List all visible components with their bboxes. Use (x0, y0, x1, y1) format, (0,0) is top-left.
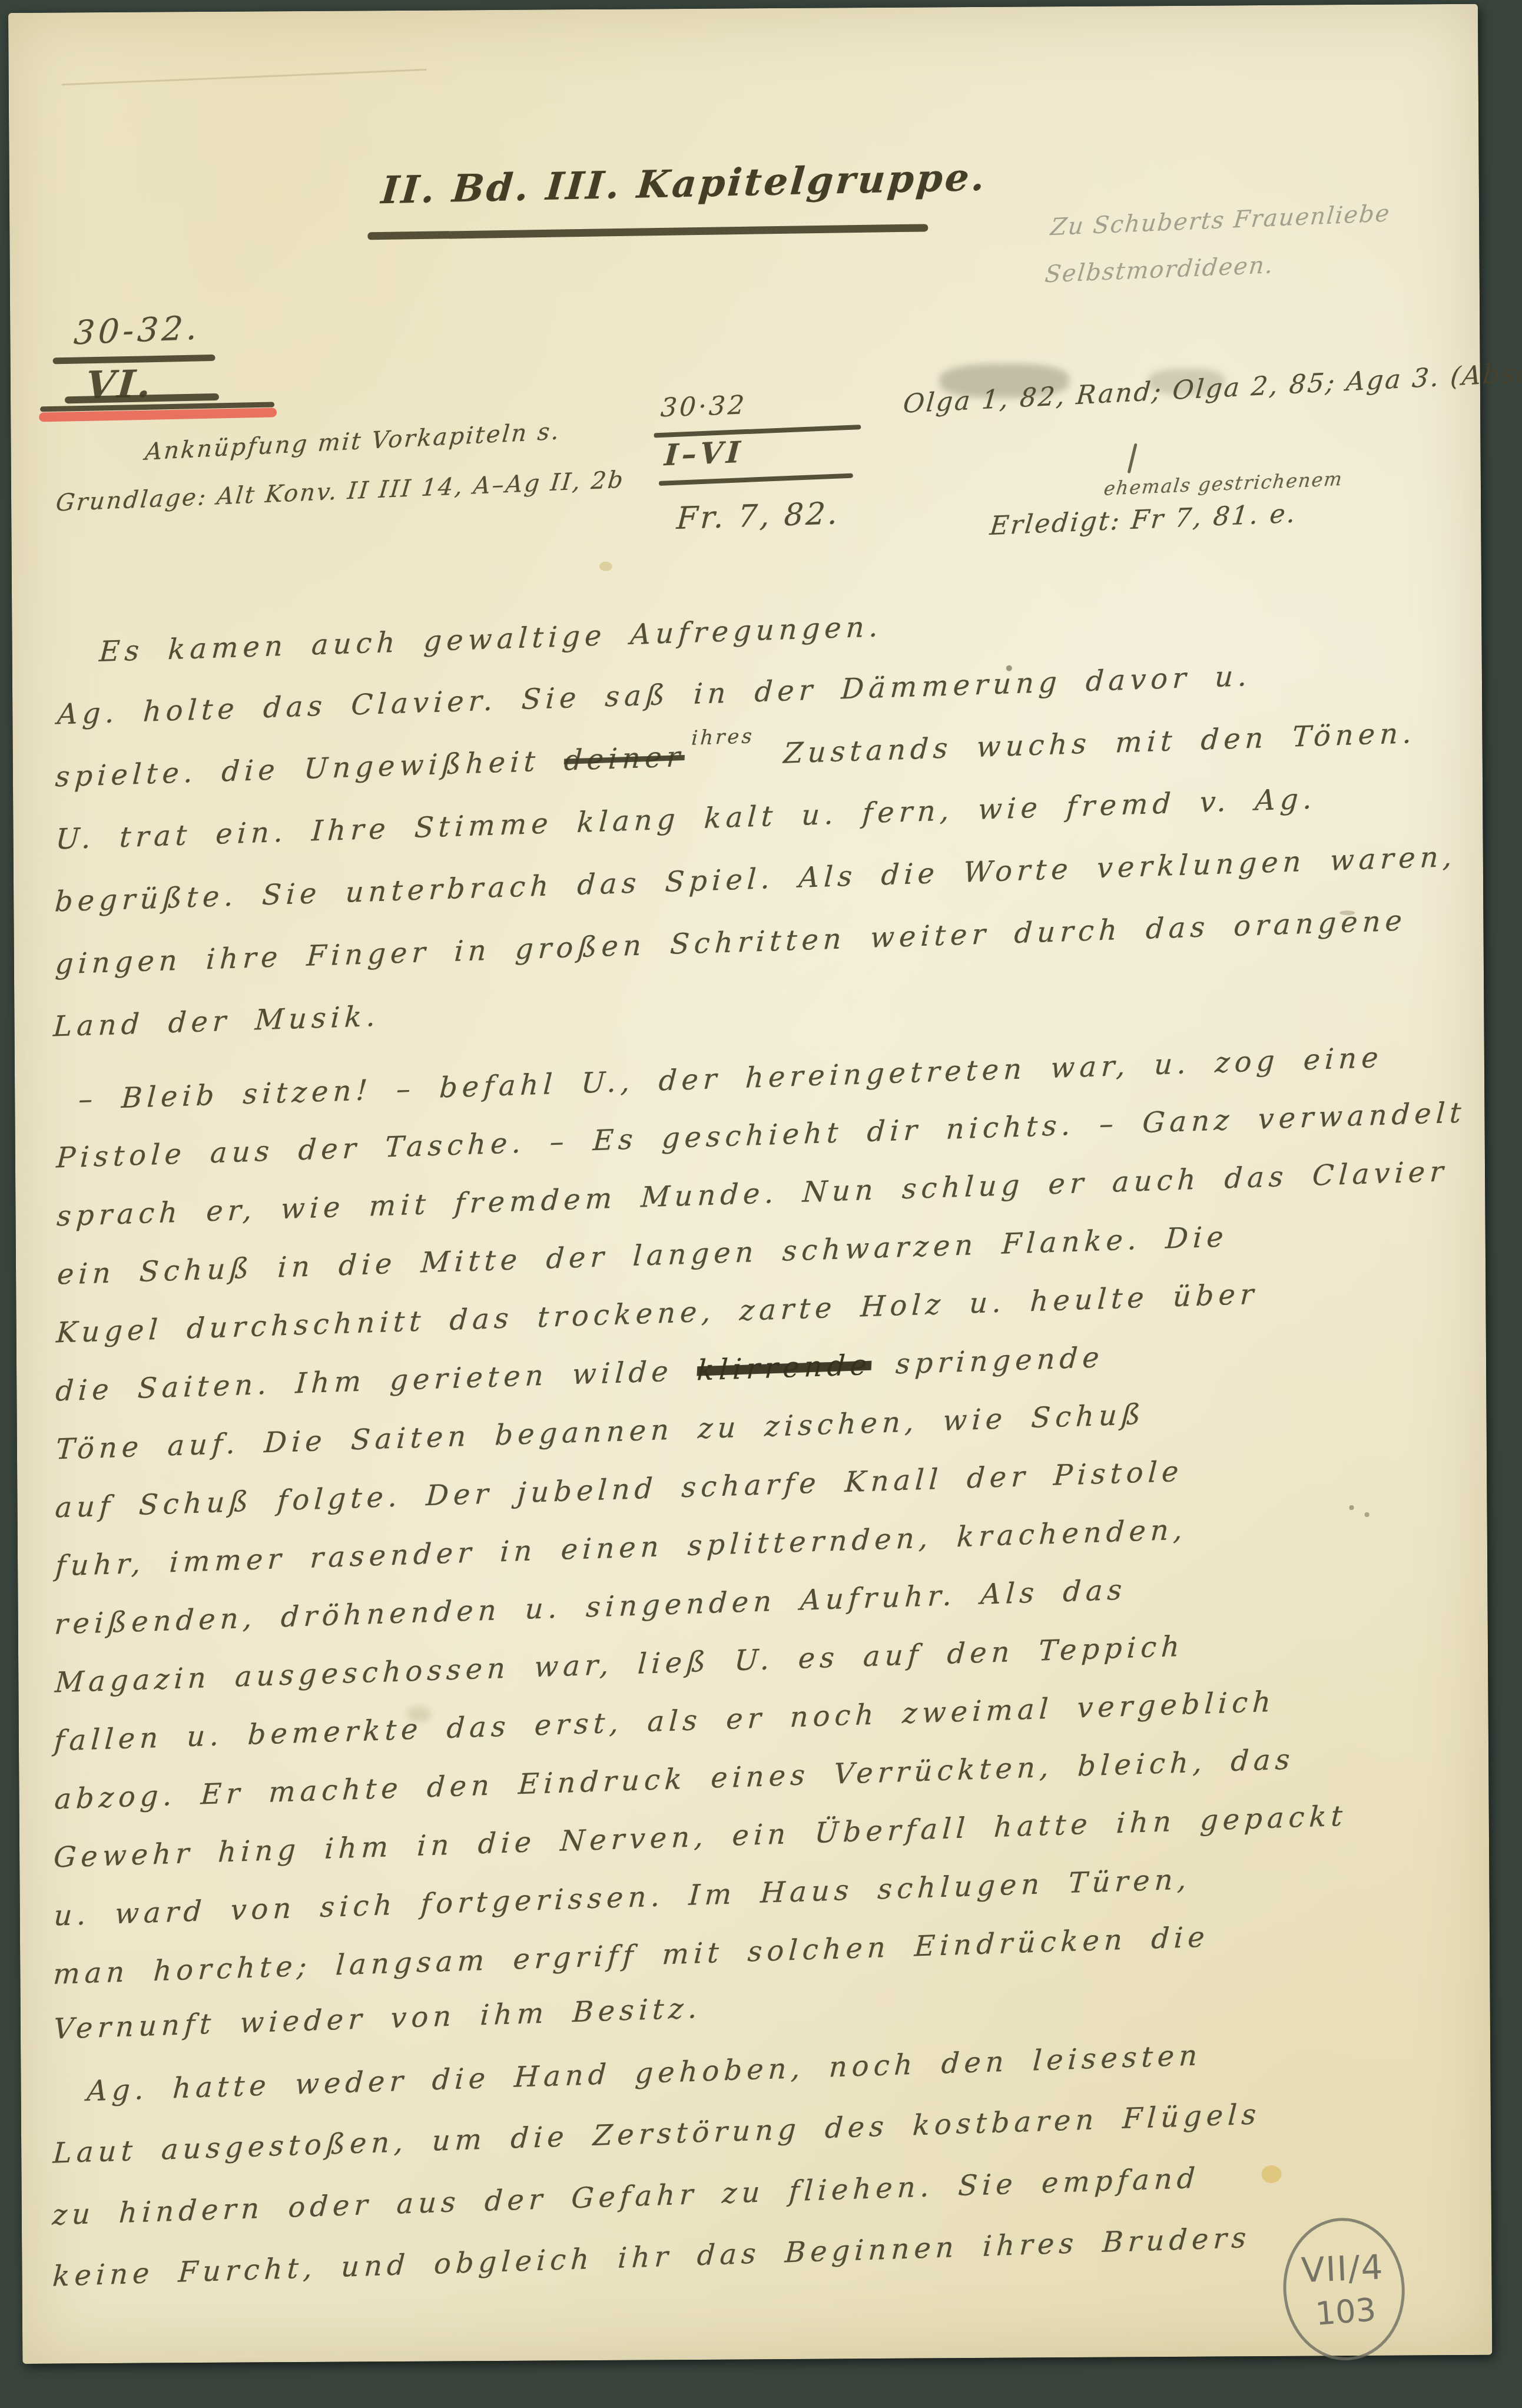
manuscript-line: Ag. holte das Clavier. Sie saß in der Dä… (57, 662, 1252, 729)
pencil-note-line1: Zu Schuberts Frauenliebe (1049, 200, 1392, 241)
paper-crease (62, 69, 427, 85)
inserted-word: ihres (691, 724, 755, 750)
stamp-folder-number: VII/4 (1300, 2247, 1384, 2290)
line-text: springende (895, 1341, 1105, 1381)
manuscript-line: keine Furcht, und obgleich ihr das Begin… (52, 2224, 1251, 2291)
ref-right-line2: ehemals gestrichenem (1103, 468, 1344, 500)
manuscript-line: begrüßte. Sie unterbrach das Spiel. Als … (54, 843, 1457, 916)
manuscript-line: Kugel durchschnitt das trockene, zarte H… (55, 1280, 1259, 1347)
scanner-background: II. Bd. III. Kapitelgruppe. Zu Schuberts… (0, 0, 1522, 2408)
ref-fraction-bar (654, 425, 861, 438)
manuscript-line: Land der Musik. (52, 1002, 380, 1041)
archive-stamp: VII/4 103 (1278, 2214, 1410, 2365)
stamp-page-number: 103 (1314, 2291, 1378, 2333)
manuscript-line: reißenden, dröhnenden u. singenden Aufru… (54, 1576, 1127, 1639)
manuscript-line: auf Schuß folgte. Der jubelnd scharfe Kn… (54, 1458, 1184, 1522)
page-title: II. Bd. III. Kapitelgruppe. (380, 155, 989, 213)
manuscript-line: u. ward von sich fortgerissen. Im Haus s… (53, 1865, 1192, 1930)
manuscript-line: Ag. hatte weder die Hand gehoben, noch d… (86, 2041, 1202, 2105)
manuscript-line: Es kamen auch gewaltige Aufregungen. (98, 612, 883, 666)
manuscript-line: ein Schuß in die Mitte der langen schwar… (57, 1223, 1229, 1289)
manuscript-line: sprach er, wie mit fremdem Munde. Nun sc… (56, 1157, 1448, 1230)
manuscript-line: die Saiten. Ihm gerieten wilde klirrende… (55, 1343, 1105, 1406)
ref-source-left: Fr. 7, 82. (676, 496, 841, 536)
manuscript-line: zu hindern oder aus der Gefahr zu fliehe… (52, 2164, 1201, 2230)
foxing-spot (1261, 2165, 1281, 2183)
ref-fraction-denominator-underline (659, 473, 853, 486)
manuscript-line: spielte. die Ungewißheit deinerihres Zus… (55, 719, 1417, 791)
struck-word-heavy: klirrende (696, 1349, 872, 1387)
manuscript-line: Magazin ausgeschossen war, ließ U. es au… (54, 1632, 1185, 1697)
ref-left-line1: Anknüpfung mit Vorkapiteln s. (144, 418, 562, 465)
manuscript-line: man horchte; langsam ergriff mit solchen… (52, 1923, 1210, 1989)
manuscript-line: Vernunft wieder von ihm Besitz. (53, 1994, 703, 2043)
struck-word: deiner (563, 740, 686, 777)
line-text: Zustands wuchs mit den Tönen. (782, 717, 1417, 770)
insertion-stroke (1128, 443, 1138, 473)
manuscript-line: Gewehr hing ihm in die Nerven, ein Überf… (53, 1802, 1348, 1872)
manuscript-line: U. trat ein. Ihre Stimme klang kalt u. f… (55, 784, 1317, 853)
margin-pages-label: 30-32. (72, 309, 201, 352)
ref-right-line3: Erledigt: Fr 7, 81. e. (989, 498, 1298, 541)
ref-fraction-numerator: 30·32 (660, 390, 748, 423)
ref-fraction-denominator: I–VI (664, 435, 745, 473)
title-underline (367, 224, 928, 240)
ink-speck (1349, 1505, 1354, 1510)
manuscript-line: – Bleib sitzen! – befahl U., der hereing… (78, 1044, 1384, 1114)
manuscript-line: Töne auf. Die Saiten begannen zu zischen… (55, 1400, 1146, 1464)
manuscript-line: abzog. Er machte den Eindruck eines Verr… (54, 1745, 1295, 1814)
manuscript-line: Laut ausgestoßen, um die Zerstörung des … (52, 2100, 1262, 2167)
manuscript-page: II. Bd. III. Kapitelgruppe. Zu Schuberts… (8, 4, 1492, 2364)
pencil-note-line2: Selbstmordideen. (1043, 251, 1275, 288)
manuscript-line: fuhr, immer rasender in einen splitternd… (55, 1515, 1188, 1580)
line-text: spielte. die Ungewißheit (54, 745, 541, 794)
foxing-spot (599, 562, 612, 571)
line-text: die Saiten. Ihm gerieten wilde (55, 1355, 674, 1408)
manuscript-line: fallen u. bemerkte das erst, als er noch… (54, 1688, 1276, 1756)
ref-left-line2: Grundlage: Alt Konv. II III 14, A–Ag II,… (55, 466, 626, 517)
ink-speck (1365, 1512, 1370, 1517)
manuscript-line: gingen ihre Finger in großen Schritten w… (55, 906, 1408, 978)
